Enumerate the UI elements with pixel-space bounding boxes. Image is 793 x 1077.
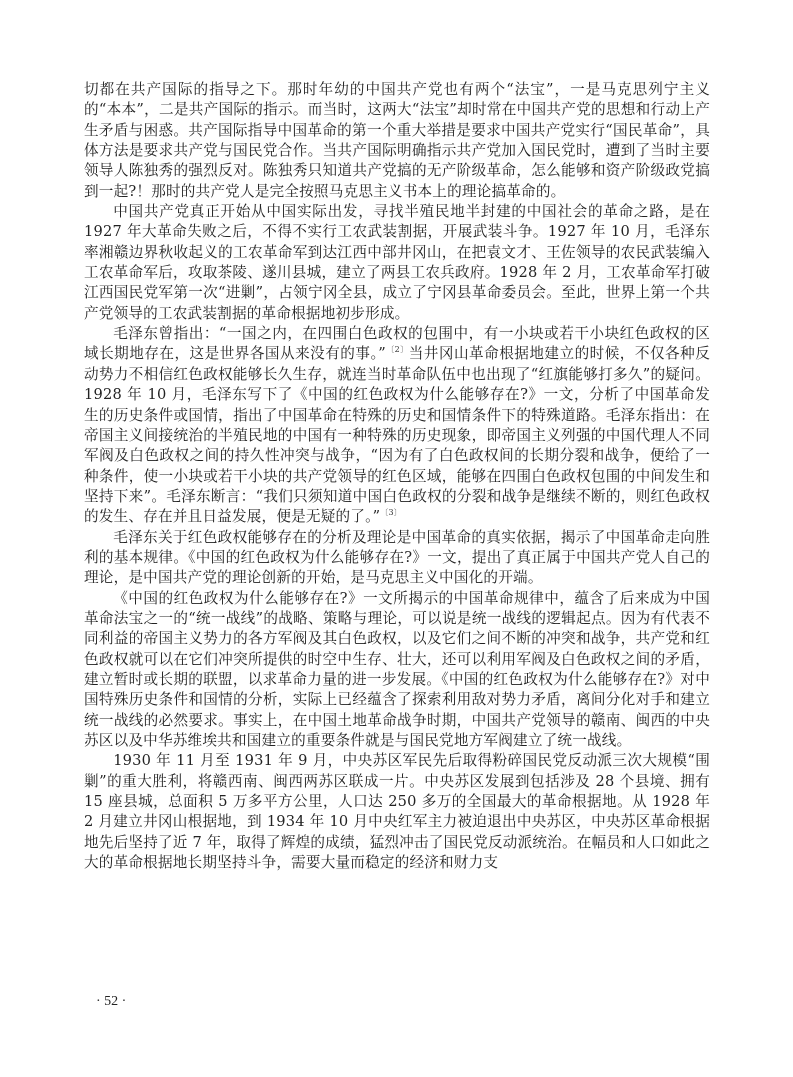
page-body: 切都在共产国际的指导之下。那时年幼的中国共产党也有两个“法宝”，一是马克思列宁主… — [84, 80, 710, 873]
paragraph-4: 毛泽东关于红色政权能够存在的分析及理论是中国革命的真实依据，揭示了中国革命走向胜… — [84, 528, 710, 589]
page-number: · 52 · — [96, 994, 126, 1010]
paragraph-2: 中国共产党真正开始从中国实际出发，寻找半殖民地半封建的中国社会的革命之路，是在 … — [84, 202, 710, 324]
footnote-ref-2: 〔2〕 — [386, 345, 409, 354]
footnote-ref-3: 〔3〕 — [380, 508, 402, 517]
paragraph-3: 毛泽东曾指出：“一国之内，在四围白色政权的包围中，有一小块或若干小块红色政权的区… — [84, 324, 710, 527]
paragraph-6: 1930 年 11 月至 1931 年 9 月，中央苏区军民先后取得粉碎国民党反… — [84, 751, 710, 873]
paragraph-1: 切都在共产国际的指导之下。那时年幼的中国共产党也有两个“法宝”，一是马克思列宁主… — [84, 80, 710, 202]
paragraph-3-part-2: 当井冈山革命根据地建立的时候，不仅各种反动势力不相信红色政权能够长久生存，就连当… — [84, 345, 710, 525]
paragraph-5: 《中国的红色政权为什么能够存在?》一文所揭示的中国革命规律中，蕴含了后来成为中国… — [84, 589, 710, 752]
